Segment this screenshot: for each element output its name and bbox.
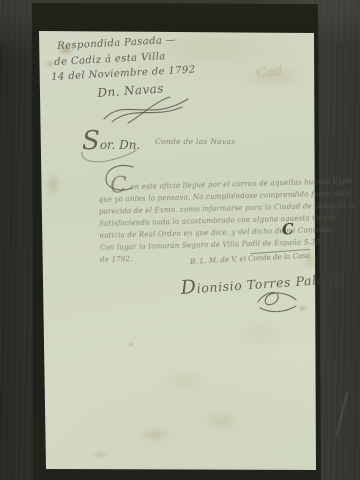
salutation-name: Conde de las Navas xyxy=(155,137,235,146)
photo-of-manuscript: Respondida Pasada — de Cadiz á esta Vill… xyxy=(0,0,360,480)
body-dateline: de 1792. xyxy=(100,255,133,264)
marginal-mark: C xyxy=(281,220,295,239)
ghost-bleedthrough-text: Cad xyxy=(256,64,283,81)
rubric-flourish-icon xyxy=(98,95,194,125)
signature-rubric-icon xyxy=(252,288,302,316)
